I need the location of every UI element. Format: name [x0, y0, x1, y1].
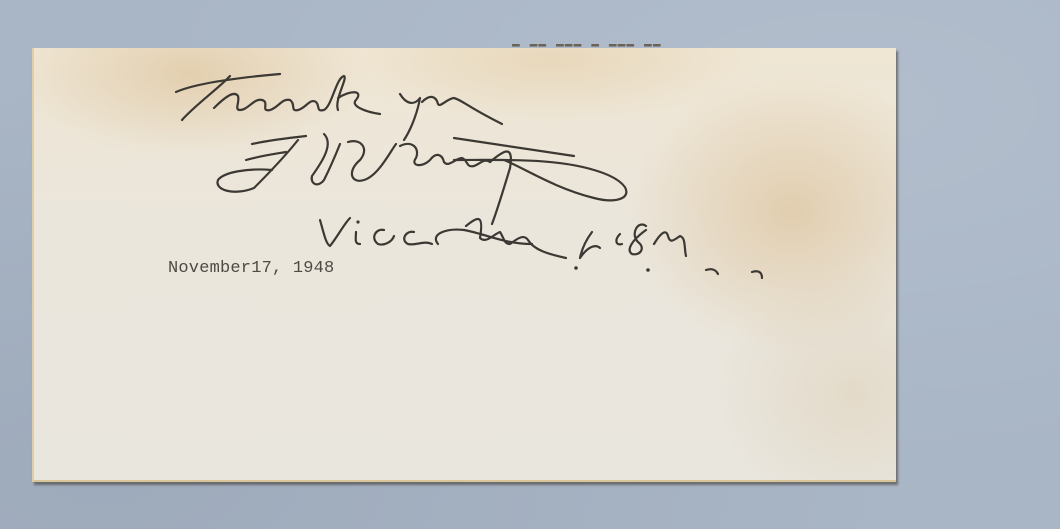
typed-date: November17, 1948 [168, 259, 334, 278]
greeting-handwriting [176, 74, 502, 140]
autograph-card: ▬ ▬▬ ▬▬▬ ▬ ▬▬▬ ▬▬ [32, 48, 896, 482]
handwriting-layer [34, 48, 896, 480]
title-handwriting [320, 218, 762, 278]
signature-handwriting [217, 134, 626, 224]
